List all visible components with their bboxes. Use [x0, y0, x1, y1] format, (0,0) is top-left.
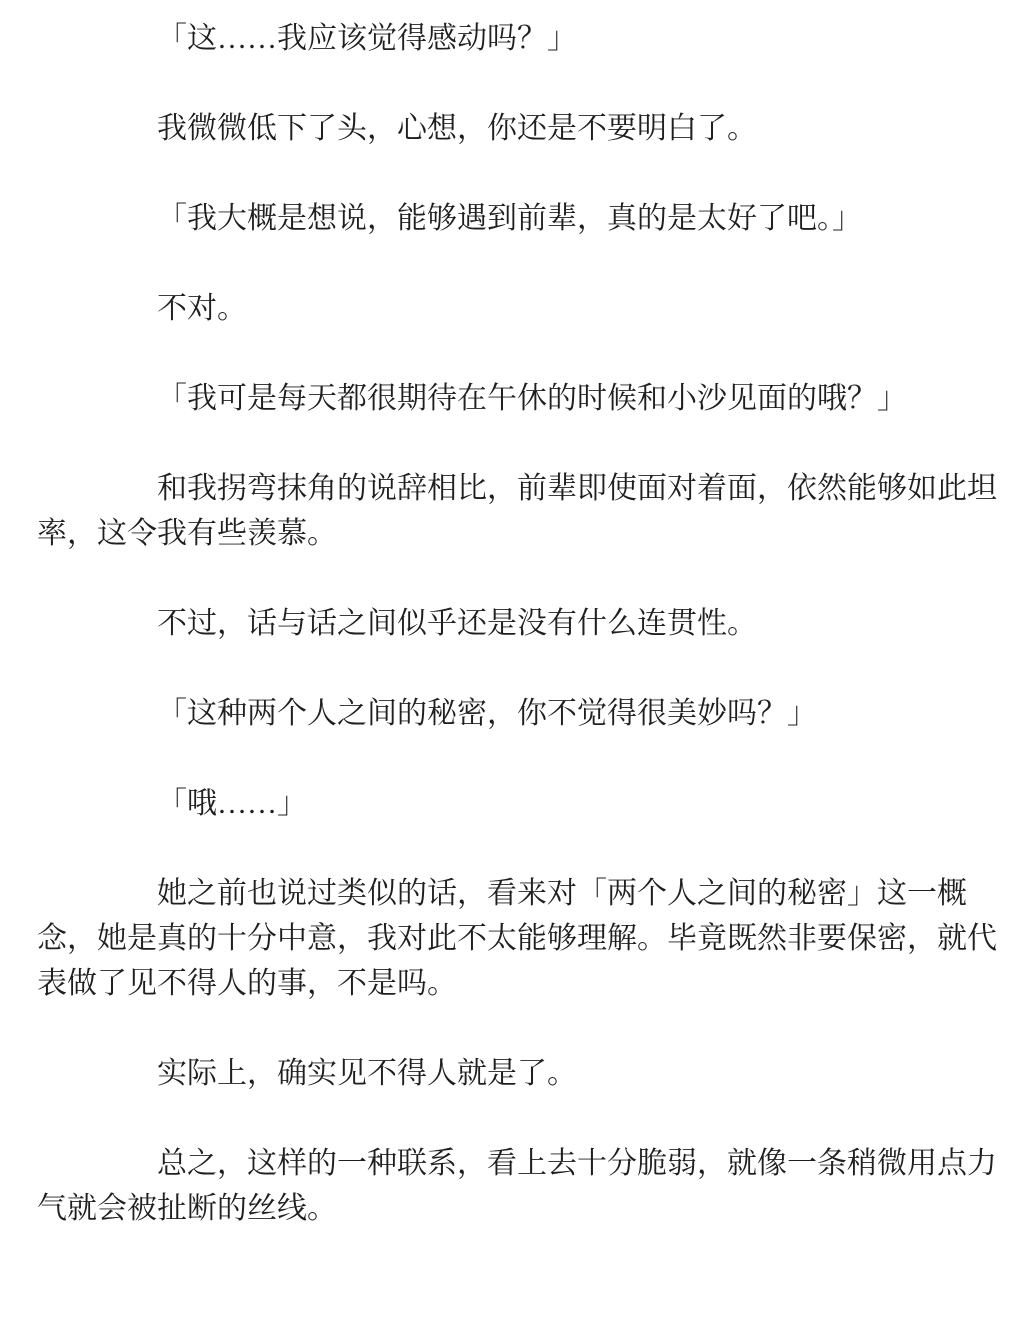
dialogue-paragraph: 「哦……」: [37, 781, 1002, 826]
narration-paragraph: 总之，这样的一种联系，看上去十分脆弱，就像一条稍微用点力 气就会被扯断的丝线。: [37, 1141, 1002, 1231]
narration-paragraph: 和我拐弯抹角的说辞相比，前辈即使面对着面，依然能够如此坦 率，这令我有些羡慕。: [37, 466, 1002, 556]
text-line: 念，她是真的十分中意，我对此不太能够理解。毕竟既然非要保密，就代: [37, 916, 1002, 961]
dialogue-paragraph: 「我可是每天都很期待在午休的时候和小沙见面的哦？」: [37, 376, 1002, 421]
narration-paragraph: 我微微低下了头，心想，你还是不要明白了。: [37, 106, 1002, 151]
text-line: 率，这令我有些羡慕。: [37, 511, 1002, 556]
novel-text-page: 「这……我应该觉得感动吗？」 我微微低下了头，心想，你还是不要明白了。 「我大概…: [0, 0, 1020, 1320]
text-line: 气就会被扯断的丝线。: [37, 1186, 1002, 1231]
page: { "document": { "background_color": "#ff…: [0, 0, 1020, 1320]
narration-paragraph: 不过，话与话之间似乎还是没有什么连贯性。: [37, 601, 1002, 646]
text-line: 「哦……」: [37, 781, 1002, 826]
dialogue-paragraph: 「我大概是想说，能够遇到前辈，真的是太好了吧。」: [37, 196, 1002, 241]
text-line: 不对。: [37, 286, 1002, 331]
text-line: 和我拐弯抹角的说辞相比，前辈即使面对着面，依然能够如此坦: [37, 466, 1002, 511]
narration-paragraph: 她之前也说过类似的话，看来对「两个人之间的秘密」这一概 念，她是真的十分中意，我…: [37, 871, 1002, 1006]
narration-paragraph: 实际上，确实见不得人就是了。: [37, 1051, 1002, 1096]
text-line: 不过，话与话之间似乎还是没有什么连贯性。: [37, 601, 1002, 646]
text-line: 「我可是每天都很期待在午休的时候和小沙见面的哦？」: [37, 376, 1002, 421]
text-line: 「这……我应该觉得感动吗？」: [37, 16, 1002, 61]
dialogue-paragraph: 「这……我应该觉得感动吗？」: [37, 16, 1002, 61]
text-line: 「我大概是想说，能够遇到前辈，真的是太好了吧。」: [37, 196, 1002, 241]
text-line: 她之前也说过类似的话，看来对「两个人之间的秘密」这一概: [37, 871, 1002, 916]
text-line: 实际上，确实见不得人就是了。: [37, 1051, 1002, 1096]
text-line: 表做了见不得人的事，不是吗。: [37, 961, 1002, 1006]
narration-paragraph: 不对。: [37, 286, 1002, 331]
dialogue-paragraph: 「这种两个人之间的秘密，你不觉得很美妙吗？」: [37, 691, 1002, 736]
text-line: 我微微低下了头，心想，你还是不要明白了。: [37, 106, 1002, 151]
text-line: 总之，这样的一种联系，看上去十分脆弱，就像一条稍微用点力: [37, 1141, 1002, 1186]
text-line: 「这种两个人之间的秘密，你不觉得很美妙吗？」: [37, 691, 1002, 736]
